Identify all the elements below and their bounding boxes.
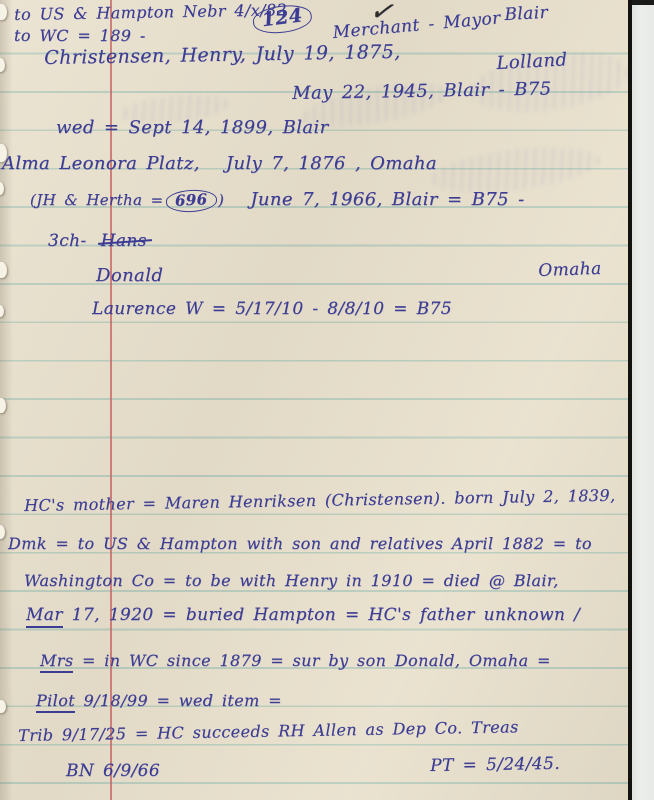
children-count-line-text: 3ch- bbox=[48, 231, 87, 251]
mother-line-4-text: Mar bbox=[26, 605, 63, 628]
mrs-line-text: = in WC since 1879 = sur by son Donald, … bbox=[73, 651, 550, 670]
child-donald: Donald bbox=[96, 266, 163, 287]
adjacent-page-edge bbox=[632, 0, 654, 800]
check-mark: ✓ bbox=[368, 0, 396, 29]
bn-line-text: BN 6/9/66 bbox=[66, 761, 160, 781]
pilot-line: Pilot 9/18/99 = wed item = bbox=[36, 692, 282, 710]
cross-ref-circled: 696 bbox=[165, 189, 217, 214]
mother-line-2: Dmk = to US & Hampton with son and relat… bbox=[8, 535, 592, 553]
pilot-line-text: 9/18/99 = wed item = bbox=[75, 691, 282, 710]
mrs-line: Mrs = in WC since 1879 = sur by son Dona… bbox=[40, 652, 551, 670]
donald-residence: Omaha bbox=[538, 260, 602, 282]
residence-top-text: Blair bbox=[504, 3, 549, 25]
child-laurence: Laurence W = 5/17/10 - 8/8/10 = B75 bbox=[92, 300, 452, 320]
residence-top: Blair bbox=[504, 4, 549, 26]
check-mark-text: ✓ bbox=[368, 0, 396, 29]
entry-number-line: 124 bbox=[250, 4, 315, 35]
note-to-wc: to WC = 189 - bbox=[14, 27, 146, 45]
note-to-wc-text: to WC = 189 - bbox=[14, 26, 146, 45]
spouse-parents-line-text: (JH & Hertha = bbox=[30, 191, 164, 209]
child-donald-text: Donald bbox=[96, 265, 163, 286]
pilot-line-text: Pilot bbox=[36, 691, 75, 713]
spouse-parents-line-text: ) bbox=[218, 191, 224, 209]
note-to-us-hampton: to US & Hampton Nebr 4/x/82 bbox=[14, 1, 287, 24]
wed-line-text: wed = Sept 14, 1899, Blair bbox=[56, 117, 329, 138]
child-hans-struck: Hans bbox=[101, 231, 147, 251]
scan-dark-edge bbox=[632, 0, 654, 5]
spouse-line: Alma Leonora Platz,July 7, 1876 , Omaha bbox=[2, 154, 437, 175]
pt-line: PT = 5/24/45. bbox=[430, 755, 560, 777]
pt-line-text: PT = 5/24/45. bbox=[430, 754, 560, 776]
scanned-notebook-page: to US & Hampton Nebr 4/x/82to WC = 189 -… bbox=[0, 0, 654, 800]
bn-line: BN 6/9/66 bbox=[66, 762, 160, 782]
note-to-us-hampton-text: to US & Hampton Nebr 4/x/82 bbox=[14, 0, 287, 24]
mother-line-1-text: HC's mother = Maren Henriksen (Christens… bbox=[24, 486, 616, 515]
children-count-line: 3ch-Hans bbox=[48, 232, 147, 252]
donald-residence-text: Omaha bbox=[538, 259, 602, 281]
mother-line-3: Washington Co = to be with Henry in 1910… bbox=[24, 572, 559, 590]
trib-line-text: Trib 9/17/25 = HC succeeds RH Allen as D… bbox=[18, 717, 519, 745]
name-birth-line: Christensen, Henry, July 19, 1875, bbox=[44, 42, 401, 70]
death-line-text: May 22, 1945, Blair - B75 bbox=[292, 78, 552, 104]
spouse-parents-line: (JH & Hertha =696)June 7, 1966, Blair = … bbox=[30, 190, 525, 212]
wed-line: wed = Sept 14, 1899, Blair bbox=[56, 118, 329, 139]
death-line: May 22, 1945, Blair - B75 bbox=[292, 79, 552, 104]
spouse-parents-line-text: June 7, 1966, Blair = B75 - bbox=[250, 189, 524, 210]
mother-line-3-text: Washington Co = to be with Henry in 1910… bbox=[24, 571, 559, 590]
child-laurence-text: Laurence W = 5/17/10 - 8/8/10 = B75 bbox=[92, 299, 452, 319]
occupation: Merchant - Mayor bbox=[332, 9, 502, 43]
mrs-line-text: Mrs bbox=[40, 651, 73, 673]
spouse-line-text: July 7, 1876 , Omaha bbox=[226, 153, 437, 174]
trib-line: Trib 9/17/25 = HC succeeds RH Allen as D… bbox=[18, 718, 519, 745]
birthplace: Lolland bbox=[496, 50, 568, 74]
mother-line-4-text: 17, 1920 = buried Hampton = HC's father … bbox=[63, 605, 580, 625]
entry-number-circled: 124 bbox=[251, 2, 313, 36]
spouse-line-text: Alma Leonora Platz, bbox=[2, 153, 200, 174]
handwriting-layer: to US & Hampton Nebr 4/x/82to WC = 189 -… bbox=[0, 0, 654, 800]
mother-line-1: HC's mother = Maren Henriksen (Christens… bbox=[24, 487, 616, 516]
occupation-text: Merchant - Mayor bbox=[332, 8, 502, 43]
mother-line-2-text: Dmk = to US & Hampton with son and relat… bbox=[8, 534, 592, 553]
mother-line-4: Mar 17, 1920 = buried Hampton = HC's fat… bbox=[26, 606, 580, 626]
birthplace-text: Lolland bbox=[496, 49, 568, 74]
